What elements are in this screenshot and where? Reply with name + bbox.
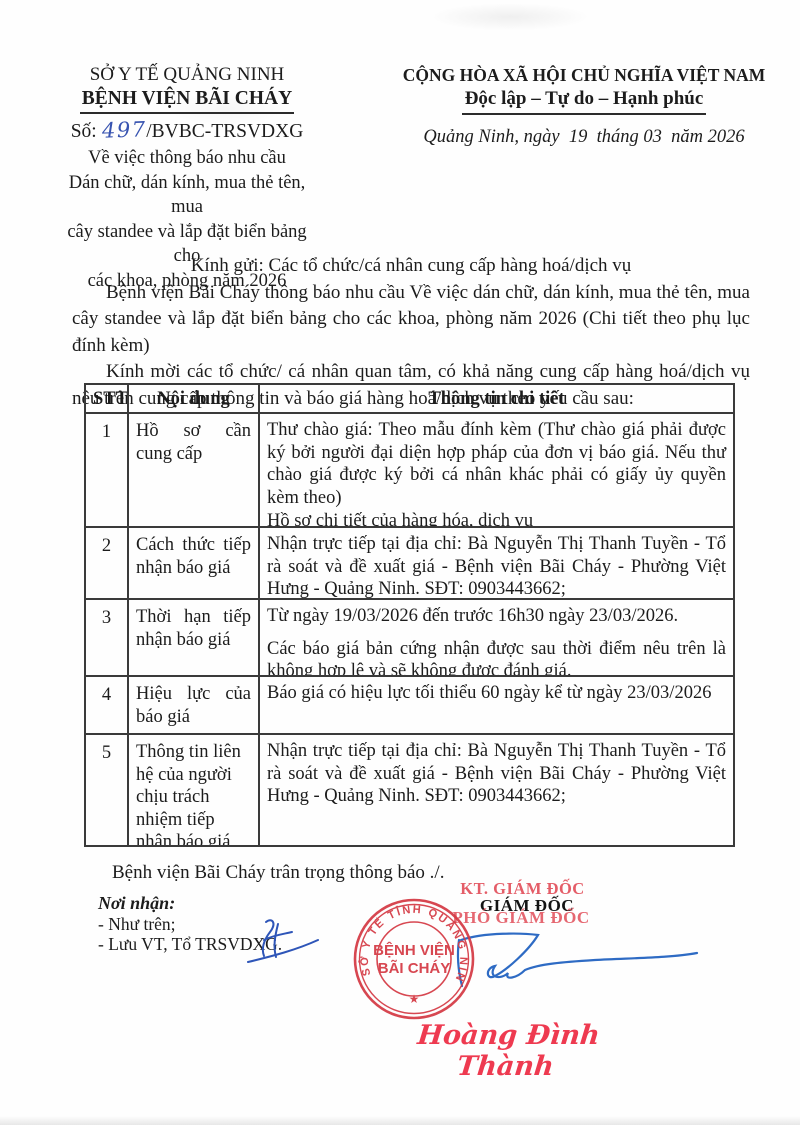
national-motto-row: Độc lập – Tự do – Hạnh phúc — [386, 86, 782, 115]
detail-paragraph: Báo giá có hiệu lực tối thiểu 60 ngày kể… — [267, 682, 726, 705]
table-row-5-stt: 5 — [86, 735, 129, 847]
table-row-5-topic: Thông tin liên hệ của người chịu trách n… — [129, 735, 260, 847]
stamp-star-icon: ★ — [409, 992, 420, 1006]
issuer-org-name-row: BỆNH VIỆN BÃI CHÁY — [60, 87, 314, 114]
doc-number-handwritten: 497 — [101, 116, 146, 144]
table-row-4-topic: Hiệu lực của báo giá — [129, 677, 260, 735]
document-number: Số: 497/BVBC-TRSVDXG — [60, 117, 314, 145]
detail-paragraph: Nhận trực tiếp tại địa chỉ: Bà Nguyễn Th… — [267, 533, 726, 600]
national-header-block: CỘNG HÒA XÃ HỘI CHỦ NGHĨA VIỆT NAM Độc l… — [386, 64, 782, 148]
detail-paragraph: Các báo giá bản cứng nhận được sau thời … — [267, 638, 726, 678]
table-header-chitiet: Thông tin chi tiết — [260, 385, 735, 414]
salutation-line: Kính gửi: Các tổ chức/cá nhân cung cấp h… — [72, 253, 750, 280]
table-row-1-stt: 1 — [86, 414, 129, 528]
doc-number-label: Số: — [71, 121, 97, 142]
quotation-table: STT Nội dung Thông tin chi tiết 1 Hồ sơ … — [84, 383, 735, 847]
director-signature — [445, 918, 710, 998]
subject-line: Dán chữ, dán kính, mua thẻ tên, mua — [60, 171, 314, 220]
issuer-org-name: BỆNH VIỆN BÃI CHÁY — [80, 87, 294, 114]
hospital-round-stamp: SỞ Y TẾ TỈNH QUẢNG NINH BỆNH VIỆN BÃI CH… — [352, 897, 476, 1021]
table-row-2-stt: 2 — [86, 528, 129, 600]
table-row-2-topic: Cách thức tiếp nhận báo giá — [129, 528, 260, 600]
body-paragraph-1: Bệnh viện Bãi Cháy thông báo nhu cầu Về … — [72, 280, 750, 360]
detail-paragraph: Hồ sơ chi tiết của hàng hóa, dịch vụ — [267, 510, 726, 528]
doc-number-suffix: /BVBC-TRSVDXG — [146, 121, 303, 142]
closing-line: Bệnh viện Bãi Cháy trân trọng thông báo … — [112, 862, 444, 884]
table-row-1-detail: Thư chào giá: Theo mẫu đính kèm (Thư chà… — [260, 414, 735, 528]
issuer-parent-org: SỞ Y TẾ QUẢNG NINH — [60, 62, 314, 87]
detail-paragraph: Nhận trực tiếp tại địa chỉ: Bà Nguyễn Th… — [267, 740, 726, 808]
clerk-initials-signature — [228, 910, 323, 970]
table-row-4-stt: 4 — [86, 677, 129, 735]
national-title: CỘNG HÒA XÃ HỘI CHỦ NGHĨA VIỆT NAM — [386, 64, 782, 86]
subject-line: Về việc thông báo nhu cầu — [60, 146, 314, 171]
detail-paragraph: Từ ngày 19/03/2026 đến trước 16h30 ngày … — [267, 605, 726, 628]
table-row-3-topic: Thời hạn tiếp nhận báo giá — [129, 600, 260, 677]
table-row-2-detail: Nhận trực tiếp tại địa chỉ: Bà Nguyễn Th… — [260, 528, 735, 600]
table-row-1-topic: Hồ sơ cần cung cấp — [129, 414, 260, 528]
table-row-3-stt: 3 — [86, 600, 129, 677]
table-header-stt: STT — [86, 385, 129, 414]
table-row-4-detail: Báo giá có hiệu lực tối thiểu 60 ngày kể… — [260, 677, 735, 735]
national-motto: Độc lập – Tự do – Hạnh phúc — [462, 87, 707, 115]
signer-name-script: Hoàng Đình Thành — [409, 1020, 606, 1082]
scan-smudge — [430, 3, 590, 31]
detail-paragraph: Thư chào giá: Theo mẫu đính kèm (Thư chà… — [267, 419, 726, 509]
stamp-center-line2: BÃI CHÁY — [378, 959, 451, 977]
place-date-line: Quảng Ninh, ngày 19 tháng 03 năm 2026 — [386, 127, 782, 148]
scanned-document-page: SỞ Y TẾ QUẢNG NINH BỆNH VIỆN BÃI CHÁY Số… — [0, 0, 800, 1125]
table-header-noidung: Nội dung — [129, 385, 260, 414]
table-row-3-detail: Từ ngày 19/03/2026 đến trước 16h30 ngày … — [260, 600, 735, 677]
stamp-center-line1: BỆNH VIỆN — [373, 941, 455, 959]
scan-edge-noise — [0, 1116, 800, 1125]
table-row-5-detail: Nhận trực tiếp tại địa chỉ: Bà Nguyễn Th… — [260, 735, 735, 847]
